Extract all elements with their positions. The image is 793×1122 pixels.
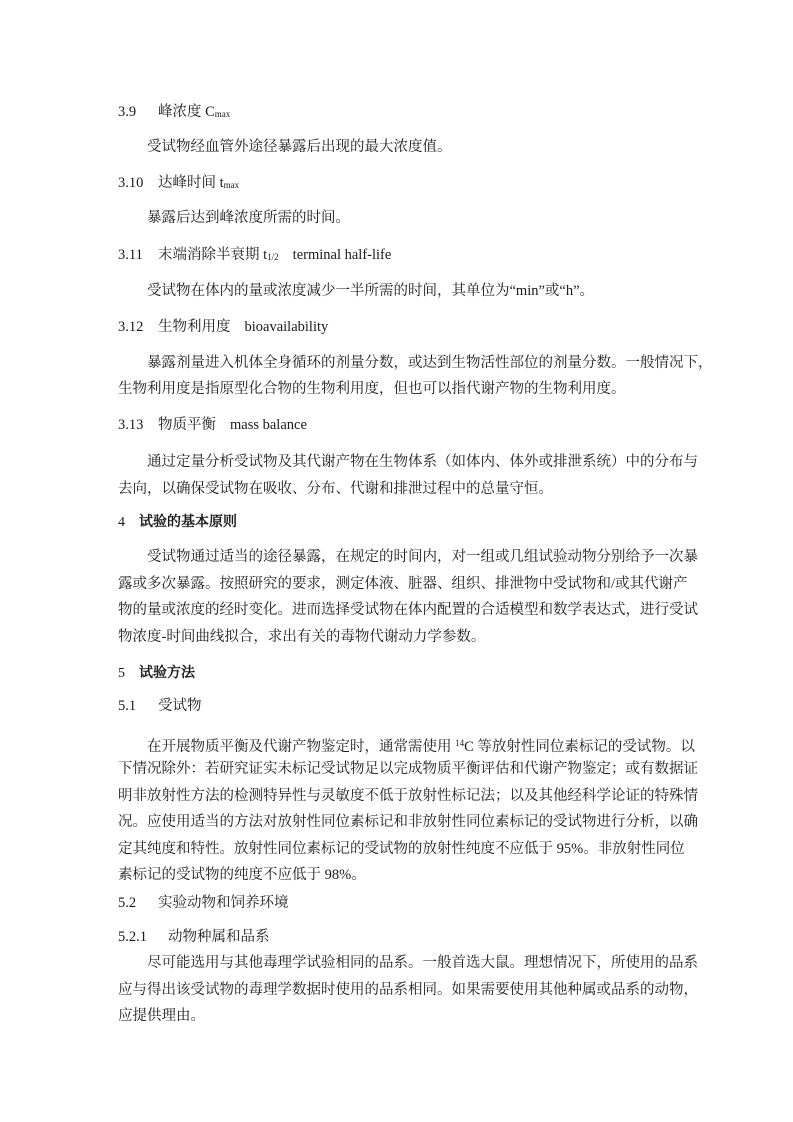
- section-body-line: 物浓度-时间曲线拟合，求出有关的毒物代谢动力学参数。: [118, 627, 675, 647]
- section-heading-5-2: 5.2实验动物和饲养环境: [118, 893, 675, 913]
- section-title: 动物种属和品系: [168, 929, 270, 945]
- section-number: 3.13: [118, 415, 158, 435]
- section-body-line: 受试物在体内的量或浓度减少一半所需的时间，其单位为“min”或“h”。: [147, 281, 675, 301]
- section-body-line: 素标记的受试物的纯度不应低于 98%。: [118, 865, 675, 885]
- section-body-line: 尽可能选用与其他毒理学试验相同的品系。一般首选大鼠。理想情况下，所使用的品系: [147, 953, 675, 973]
- subscript: 1/2: [267, 252, 279, 262]
- section-body-line: 暴露剂量进入机体全身循环的剂量分数，或达到生物活性部位的剂量分数。一般情况下，: [147, 353, 675, 373]
- section-body-line: 去向，以确保受试物在吸收、分布、代谢和排泄过程中的总量守恒。: [118, 479, 675, 499]
- section-number: 3.9: [118, 102, 158, 122]
- section-body-line: 物的量或浓度的经时变化。进而选择受试物在体内配置的合适模型和数学表达式，进行受试: [118, 600, 675, 620]
- section-heading-3-13: 3.13物质平衡mass balance: [118, 415, 675, 435]
- section-body-line: 明非放射性方法的检测特异性与灵敏度不低于放射性标记法；以及其他经科学论证的特殊情: [118, 786, 675, 806]
- section-heading-3-12: 3.12生物利用度bioavailability: [118, 317, 675, 337]
- section-title: 生物利用度: [158, 319, 231, 335]
- section-body-line: 应提供理由。: [118, 1006, 675, 1026]
- section-body-line: 通过定量分析受试物及其代谢产物在生物体系（如体内、体外或排泄系统）中的分布与: [147, 452, 675, 472]
- section-body-line: 受试物通过适当的途径暴露，在规定的时间内，对一组或几组试验动物分别给予一次暴: [147, 547, 675, 567]
- subscript: max: [215, 109, 231, 119]
- section-number: 3.12: [118, 317, 158, 337]
- section-heading-5: 5试验方法: [118, 663, 675, 684]
- section-number: 5.1: [118, 696, 158, 716]
- section-number: 5: [118, 664, 139, 684]
- superscript: 14: [455, 738, 464, 748]
- section-title: 峰浓度 C: [158, 104, 215, 120]
- section-title: 末端消除半衰期 t: [158, 247, 267, 263]
- section-title: 试验方法: [139, 665, 195, 681]
- section-body-line: 况。应使用适当的方法对放射性同位素标记和非放射性同位素标记的受试物进行分析，以确: [118, 812, 675, 832]
- section-title: 物质平衡: [158, 417, 216, 433]
- section-heading-5-2-1: 5.2.1动物种属和品系: [118, 927, 675, 947]
- section-body-line: 露或多次暴露。按照研究的要求，测定体液、脏器、组织、排泄物中受试物和/或其代谢产: [118, 574, 675, 594]
- section-heading-5-1: 5.1受试物: [118, 696, 675, 716]
- document-page: 3.9峰浓度 Cmax 受试物经血管外途径暴露后出现的最大浓度值。 3.10达峰…: [0, 0, 793, 1122]
- section-number: 5.2: [118, 893, 158, 913]
- section-number: 3.11: [118, 245, 158, 265]
- section-number: 4: [118, 513, 139, 533]
- section-heading-3-9: 3.9峰浓度 Cmax: [118, 102, 675, 124]
- section-body-line: 下情况除外：若研究证实未标记受试物足以完成物质平衡评估和代谢产物鉴定；或有数据证: [118, 759, 675, 779]
- section-body-line: 受试物经血管外途径暴露后出现的最大浓度值。: [147, 137, 675, 157]
- section-body-line: 定其纯度和特性。放射性同位素标记的受试物的放射性纯度不应低于 95%。非放射性同…: [118, 839, 675, 859]
- english-term: mass balance: [230, 417, 307, 433]
- section-number: 3.10: [118, 173, 158, 193]
- section-title: 实验动物和饲养环境: [158, 895, 289, 911]
- subscript: max: [224, 180, 240, 190]
- section-heading-4: 4试验的基本原则: [118, 512, 675, 533]
- body-text: 在开展物质平衡及代谢产物鉴定时，通常需使用: [147, 739, 455, 755]
- section-body-line: 应与得出该受试物的毒理学数据时使用的品系相同。如果需要使用其他种属或品系的动物，: [118, 980, 675, 1000]
- english-term: bioavailability: [245, 319, 329, 335]
- section-body-line: 暴露后达到峰浓度所需的时间。: [147, 208, 675, 228]
- section-heading-3-11: 3.11末端消除半衰期 t1/2terminal half-life: [118, 245, 675, 267]
- section-heading-3-10: 3.10达峰时间 tmax: [118, 173, 675, 195]
- section-title: 试验的基本原则: [139, 514, 237, 530]
- english-term: terminal half-life: [293, 247, 392, 263]
- section-title: 达峰时间 t: [158, 175, 224, 191]
- section-number: 5.2.1: [118, 927, 168, 947]
- section-body-line: 生物利用度是指原型化合物的生物利用度，但也可以指代谢产物的生物利用度。: [118, 379, 675, 399]
- section-title: 受试物: [158, 698, 202, 714]
- section-body-line: 在开展物质平衡及代谢产物鉴定时，通常需使用 14C 等放射性同位素标记的受试物。…: [147, 733, 675, 757]
- body-text: C 等放射性同位素标记的受试物。以: [464, 739, 695, 755]
